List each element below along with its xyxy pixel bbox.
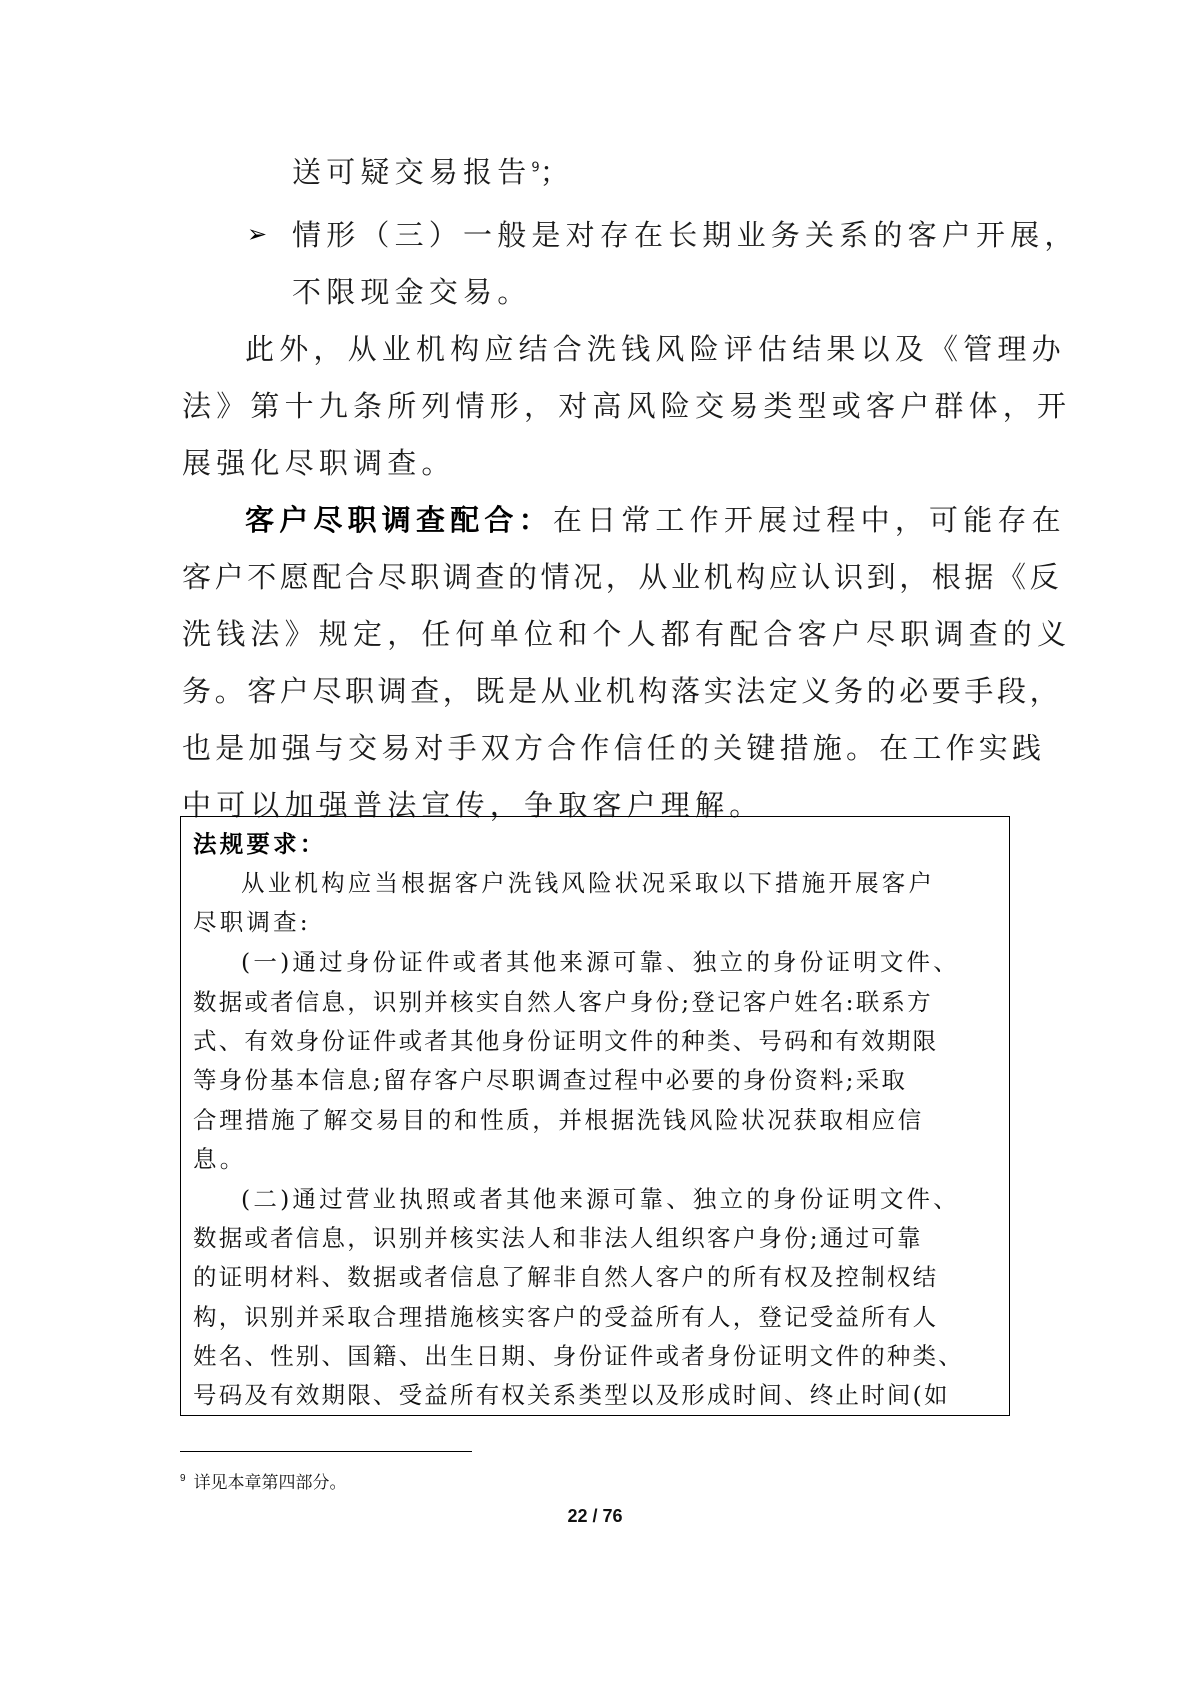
body-line-3: 不限现金交易。 — [292, 270, 531, 311]
body-text: ； — [540, 155, 574, 189]
body-line-5: 法》第十九条所列情形，对高风险交易类型或客户群体，开 — [182, 384, 1071, 425]
body-line-4: 此外，从业机构应结合洗钱风险评估结果以及《管理办 — [245, 327, 1066, 368]
regulation-line: 合理措施了解交易目的和性质，并根据洗钱风险状况获取相应信 — [193, 1101, 924, 1135]
body-line-2: 情形（三）一般是对存在长期业务关系的客户开展， — [292, 213, 1079, 254]
regulation-title: 法规要求： — [193, 825, 327, 859]
regulation-line: 从业机构应当根据客户洗钱风险状况采取以下措施开展客户 — [241, 864, 935, 898]
regulation-box: 法规要求： 从业机构应当根据客户洗钱风险状况采取以下措施开展客户 尽职调查: (… — [180, 816, 1010, 1416]
bullet-arrow-icon: ➢ — [247, 220, 272, 248]
body-line-9: 洗钱法》规定，任何单位和个人都有配合客户尽职调查的义 — [182, 612, 1071, 653]
regulation-line: 尽职调查: — [193, 903, 311, 937]
footnote-text: 详见本章第四部分。 — [194, 1473, 347, 1492]
regulation-line: 式、有效身份证件或者其他身份证明文件的种类、号码和有效期限 — [193, 1022, 938, 1056]
regulation-line: 等身份基本信息;留存客户尽职调查过程中必要的身份资料;采取 — [193, 1061, 907, 1095]
section-heading: 客户尽职调查配合： — [245, 503, 553, 537]
regulation-line: 构，识别并采取合理措施核实客户的受益所有人，登记受益所有人 — [193, 1298, 938, 1332]
footnote: 9详见本章第四部分。 — [180, 1468, 347, 1493]
footnote-divider — [180, 1451, 472, 1452]
regulation-line: 息。 — [193, 1140, 246, 1174]
page-number: 22 / 76 — [0, 1506, 1190, 1527]
regulation-line: (一)通过身份证件或者其他来源可靠、独立的身份证明文件、 — [241, 943, 960, 977]
regulation-line: 数据或者信息，识别并核实法人和非法人组织客户身份;通过可靠 — [193, 1219, 923, 1253]
body-line-7: 客户尽职调查配合：在日常工作开展过程中，可能存在 — [245, 498, 1066, 539]
footnote-number: 9 — [180, 1473, 186, 1484]
regulation-line: 的证明材料、数据或者信息了解非自然人客户的所有权及控制权结 — [193, 1258, 938, 1292]
body-text: 在日常工作开展过程中，可能存在 — [553, 503, 1066, 537]
body-line-6: 展强化尽职调查。 — [182, 441, 456, 482]
body-line-8: 客户不愿配合尽职调查的情况，从业机构应认识到，根据《反 — [182, 555, 1062, 596]
footnote-ref[interactable]: 9 — [531, 160, 539, 175]
body-line-10: 务。客户尽职调查，既是从业机构落实法定义务的必要手段， — [182, 669, 1062, 710]
regulation-line: 号码及有效期限、受益所有权关系类型以及形成时间、终止时间(如 — [193, 1376, 950, 1410]
regulation-line: 数据或者信息，识别并核实自然人客户身份;登记客户姓名:联系方 — [193, 983, 933, 1017]
regulation-line: 姓名、性别、国籍、出生日期、身份证件或者身份证明文件的种类、 — [193, 1337, 964, 1371]
body-text: 送可疑交易报告 — [292, 155, 531, 189]
regulation-line: (二)通过营业执照或者其他来源可靠、独立的身份证明文件、 — [241, 1180, 960, 1214]
body-line-11: 也是加强与交易对手双方合作信任的关键措施。在工作实践 — [182, 726, 1045, 767]
body-line-1: 送可疑交易报告9； — [292, 150, 574, 191]
